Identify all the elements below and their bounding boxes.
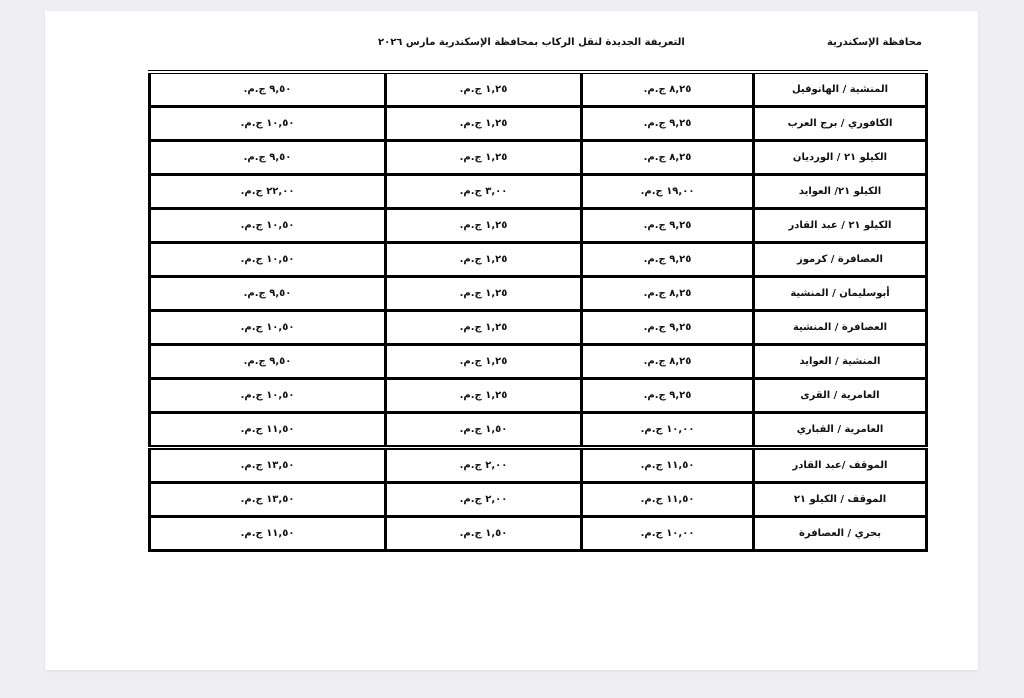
- fare-table: المنشية / الهانوفيل ٨,٢٥ ج.م. ١,٢٥ ج.م. …: [148, 70, 928, 552]
- new-fare-cell: ١٠,٥٠ ج.م.: [150, 107, 386, 141]
- base-fare-cell: ٨,٢٥ ج.م.: [582, 72, 754, 107]
- table-row: العصافرة / المنشية ٩,٢٥ ج.م. ١,٢٥ ج.م. ١…: [150, 311, 927, 345]
- increase-cell: ٣,٠٠ ج.م.: [386, 175, 582, 209]
- base-fare-cell: ١٠,٠٠ ج.م.: [582, 413, 754, 448]
- table-row: الموقف / الكيلو ٢١ ١١,٥٠ ج.م. ٢,٠٠ ج.م. …: [150, 483, 927, 517]
- new-fare-cell: ١٠,٥٠ ج.م.: [150, 311, 386, 345]
- table-row: المنشية / الهانوفيل ٨,٢٥ ج.م. ١,٢٥ ج.م. …: [150, 72, 927, 107]
- route-cell: العامرية / القرى: [754, 379, 927, 413]
- increase-cell: ١,٢٥ ج.م.: [386, 311, 582, 345]
- route-cell: بحري / العصافرة: [754, 517, 927, 551]
- base-fare-cell: ٨,٢٥ ج.م.: [582, 277, 754, 311]
- increase-cell: ١,٢٥ ج.م.: [386, 107, 582, 141]
- new-fare-cell: ١٣,٥٠ ج.م.: [150, 483, 386, 517]
- new-fare-cell: ٩,٥٠ ج.م.: [150, 345, 386, 379]
- base-fare-cell: ٨,٢٥ ج.م.: [582, 141, 754, 175]
- new-fare-cell: ١٠,٥٠ ج.م.: [150, 243, 386, 277]
- new-fare-cell: ٩,٥٠ ج.م.: [150, 277, 386, 311]
- base-fare-cell: ٩,٢٥ ج.م.: [582, 209, 754, 243]
- new-fare-cell: ١٠,٥٠ ج.م.: [150, 209, 386, 243]
- base-fare-cell: ١١,٥٠ ج.م.: [582, 483, 754, 517]
- increase-cell: ١,٥٠ ج.م.: [386, 413, 582, 448]
- route-cell: العصافرة / كرموز: [754, 243, 927, 277]
- base-fare-cell: ١٠,٠٠ ج.م.: [582, 517, 754, 551]
- base-fare-cell: ٩,٢٥ ج.م.: [582, 311, 754, 345]
- increase-cell: ١,٢٥ ج.م.: [386, 209, 582, 243]
- increase-cell: ١,٢٥ ج.م.: [386, 72, 582, 107]
- table-row: أبوسليمان / المنشية ٨,٢٥ ج.م. ١,٢٥ ج.م. …: [150, 277, 927, 311]
- base-fare-cell: ١١,٥٠ ج.م.: [582, 448, 754, 483]
- route-cell: الكيلو ٢١/ العوايد: [754, 175, 927, 209]
- table-row: بحري / العصافرة ١٠,٠٠ ج.م. ١,٥٠ ج.م. ١١,…: [150, 517, 927, 551]
- new-fare-cell: ١٣,٥٠ ج.م.: [150, 448, 386, 483]
- base-fare-cell: ١٩,٠٠ ج.م.: [582, 175, 754, 209]
- increase-cell: ٢,٠٠ ج.م.: [386, 483, 582, 517]
- route-cell: الكيلو ٢١ / عبد القادر: [754, 209, 927, 243]
- route-cell: المنشية / الهانوفيل: [754, 72, 927, 107]
- table-row: العصافرة / كرموز ٩,٢٥ ج.م. ١,٢٥ ج.م. ١٠,…: [150, 243, 927, 277]
- new-fare-cell: ٩,٥٠ ج.م.: [150, 141, 386, 175]
- new-fare-cell: ٩,٥٠ ج.م.: [150, 72, 386, 107]
- increase-cell: ١,٢٥ ج.م.: [386, 243, 582, 277]
- route-cell: العصافرة / المنشية: [754, 311, 927, 345]
- new-fare-cell: ١٠,٥٠ ج.م.: [150, 379, 386, 413]
- governorate-label: محافظة الإسكندرية: [827, 37, 922, 48]
- table-row: الموقف /عبد القادر ١١,٥٠ ج.م. ٢,٠٠ ج.م. …: [150, 448, 927, 483]
- table-row: الكافوري / برج العرب ٩,٢٥ ج.م. ١,٢٥ ج.م.…: [150, 107, 927, 141]
- route-cell: المنشية / العوايد: [754, 345, 927, 379]
- base-fare-cell: ٩,٢٥ ج.م.: [582, 243, 754, 277]
- table-row: المنشية / العوايد ٨,٢٥ ج.م. ١,٢٥ ج.م. ٩,…: [150, 345, 927, 379]
- base-fare-cell: ٨,٢٥ ج.م.: [582, 345, 754, 379]
- increase-cell: ١,٢٥ ج.م.: [386, 379, 582, 413]
- route-cell: العامرية / القباري: [754, 413, 927, 448]
- route-cell: الكيلو ٢١ / الورديان: [754, 141, 927, 175]
- new-fare-cell: ١١,٥٠ ج.م.: [150, 413, 386, 448]
- route-cell: الموقف / الكيلو ٢١: [754, 483, 927, 517]
- route-cell: الموقف /عبد القادر: [754, 448, 927, 483]
- table-row: الكيلو ٢١ / عبد القادر ٩,٢٥ ج.م. ١,٢٥ ج.…: [150, 209, 927, 243]
- base-fare-cell: ٩,٢٥ ج.م.: [582, 379, 754, 413]
- increase-cell: ١,٢٥ ج.م.: [386, 141, 582, 175]
- table-row: الكيلو ٢١ / الورديان ٨,٢٥ ج.م. ١,٢٥ ج.م.…: [150, 141, 927, 175]
- increase-cell: ٢,٠٠ ج.م.: [386, 448, 582, 483]
- new-fare-cell: ٢٢,٠٠ ج.م.: [150, 175, 386, 209]
- new-fare-cell: ١١,٥٠ ج.م.: [150, 517, 386, 551]
- increase-cell: ١,٢٥ ج.م.: [386, 277, 582, 311]
- increase-cell: ١,٢٥ ج.م.: [386, 345, 582, 379]
- base-fare-cell: ٩,٢٥ ج.م.: [582, 107, 754, 141]
- table-row: العامرية / القباري ١٠,٠٠ ج.م. ١,٥٠ ج.م. …: [150, 413, 927, 448]
- increase-cell: ١,٥٠ ج.م.: [386, 517, 582, 551]
- table-row: العامرية / القرى ٩,٢٥ ج.م. ١,٢٥ ج.م. ١٠,…: [150, 379, 927, 413]
- route-cell: أبوسليمان / المنشية: [754, 277, 927, 311]
- document-title: التعريفة الجديدة لنقل الركاب بمحافظة الإ…: [378, 37, 685, 48]
- document-page: محافظة الإسكندرية التعريفة الجديدة لنقل …: [45, 11, 978, 670]
- route-cell: الكافوري / برج العرب: [754, 107, 927, 141]
- table-row: الكيلو ٢١/ العوايد ١٩,٠٠ ج.م. ٣,٠٠ ج.م. …: [150, 175, 927, 209]
